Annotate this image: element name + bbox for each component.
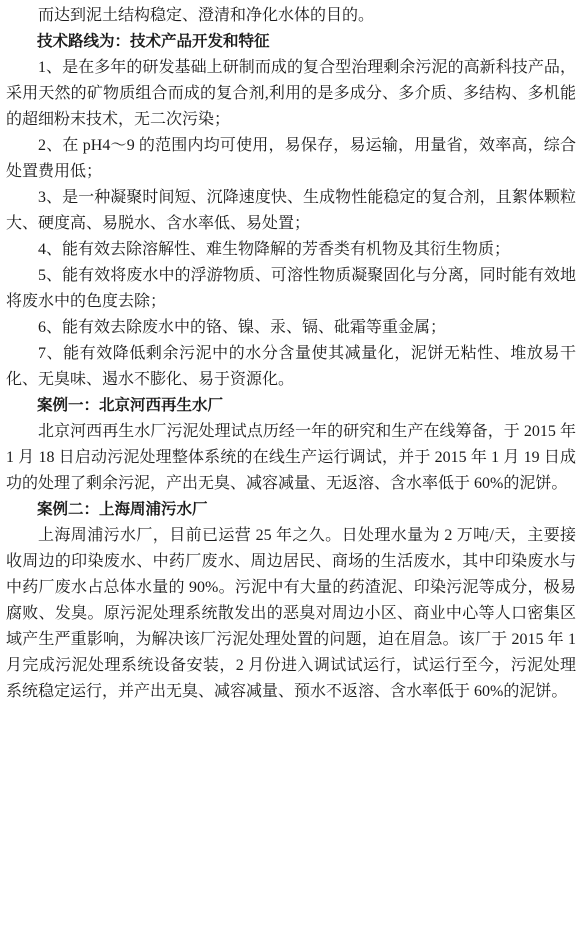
paragraph-purpose: 而达到泥土结构稳定、澄清和净化水体的目的。 [6, 3, 576, 29]
paragraph-case-2: 上海周浦污水厂，目前已运营 25 年之久。日处理水量为 2 万吨/天，主要接收周… [6, 523, 576, 705]
heading-tech-route: 技术路线为：技术产品开发和特征 [6, 29, 576, 55]
list-item-5: 5、能有效将废水中的浮游物质、可溶性物质凝聚固化与分离，同时能有效地将废水中的色… [6, 263, 576, 315]
list-item-1: 1、是在多年的研发基础上研制而成的复合型治理剩余污泥的高新科技产品，采用天然的矿… [6, 55, 576, 133]
list-item-4: 4、能有效去除溶解性、难生物降解的芳香类有机物及其衍生物质； [6, 237, 576, 263]
list-item-2: 2、在 pH4～9 的范围内均可使用，易保存，易运输，用量省，效率高，综合处置费… [6, 133, 576, 185]
paragraph-case-1: 北京河西再生水厂污泥处理试点历经一年的研究和生产在线筹备，于 2015 年 1 … [6, 419, 576, 497]
heading-case-1: 案例一：北京河西再生水厂 [6, 393, 576, 419]
list-item-3: 3、是一种凝聚时间短、沉降速度快、生成物性能稳定的复合剂，且絮体颗粒大、硬度高、… [6, 185, 576, 237]
document-page: 而达到泥土结构稳定、澄清和净化水体的目的。 技术路线为：技术产品开发和特征 1、… [0, 0, 582, 928]
list-item-7: 7、能有效降低剩余污泥中的水分含量使其减量化，泥饼无粘性、堆放易干化、无臭味、遏… [6, 341, 576, 393]
list-item-6: 6、能有效去除废水中的铬、镍、汞、镉、砒霜等重金属； [6, 315, 576, 341]
heading-case-2: 案例二：上海周浦污水厂 [6, 497, 576, 523]
